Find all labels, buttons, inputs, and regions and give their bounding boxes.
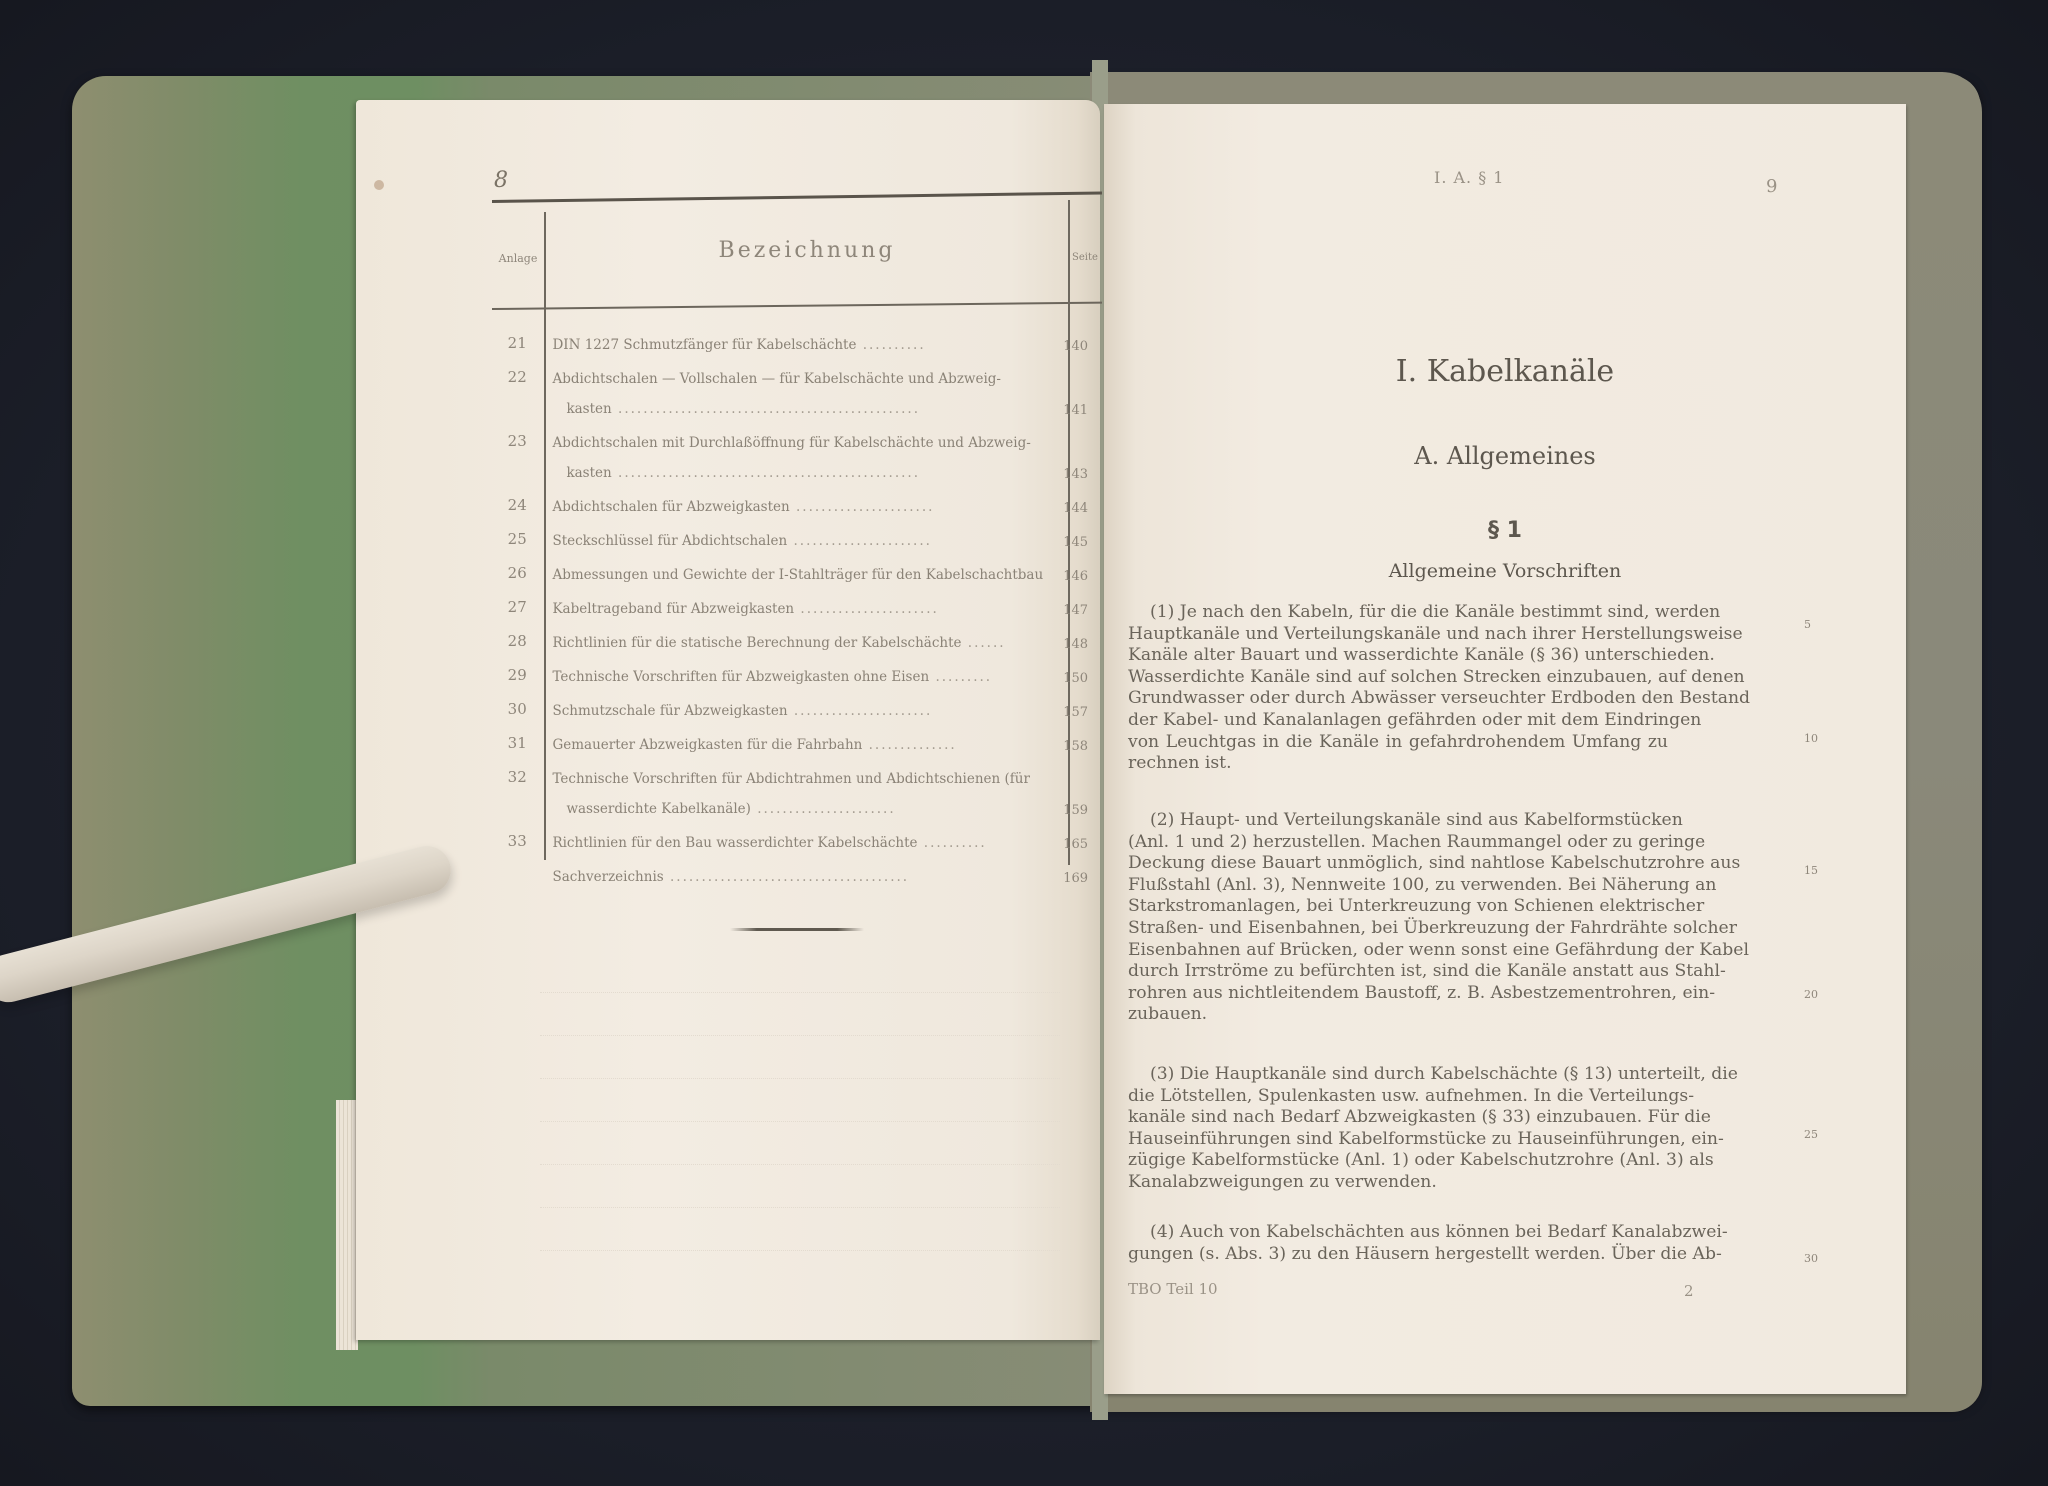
right-page-number: 9: [1766, 176, 1777, 197]
table-row: 25 Steckschlüssel für Abdichtschalen ...…: [492, 526, 1102, 556]
body-paragraph-4: (4) Auch von Kabelschächten aus können b…: [1128, 1222, 1668, 1265]
paragraph-sign: § 1: [1104, 518, 1906, 543]
line-number: 20: [1804, 988, 1818, 1001]
bleed-through-text: [540, 950, 1060, 1251]
table-row: 33 Richtlinien für den Bau wasserdichter…: [492, 828, 1102, 858]
column-header-bezeichnung: Bezeichnung: [546, 238, 1068, 263]
table-row: Sachverzeichnis ........................…: [492, 862, 1102, 892]
table-row: 32 Technische Vorschriften für Abdichtra…: [492, 764, 1102, 824]
line-number: 25: [1804, 1128, 1818, 1141]
left-page-number: 8: [494, 168, 508, 193]
table-row: 21 DIN 1227 Schmutzfänger für Kabelschäc…: [492, 330, 1102, 360]
column-header-seite: Seite: [1072, 252, 1098, 263]
table-row: 31 Gemauerter Abzweigkasten für die Fahr…: [492, 730, 1102, 760]
table-row: 29 Technische Vorschriften für Abzweigka…: [492, 662, 1102, 692]
table-row: 26 Abmessungen und Gewichte der I-Stahlt…: [492, 560, 1102, 590]
table-body: 21 DIN 1227 Schmutzfänger für Kabelschäc…: [492, 330, 1102, 896]
paper-spot: [374, 180, 384, 190]
line-number: 15: [1804, 864, 1818, 877]
end-rule: [730, 928, 864, 931]
column-header-anlage: Anlage: [492, 252, 544, 265]
table-row: 22 Abdichtschalen — Vollschalen — für Ka…: [492, 364, 1102, 424]
running-head: I. A. § 1: [1434, 168, 1504, 187]
page-edge-stack: [336, 1100, 358, 1350]
footer-sheet-number: 2: [1684, 1282, 1694, 1300]
line-number: 5: [1804, 618, 1811, 631]
paragraph-title: Allgemeine Vorschriften: [1104, 560, 1906, 582]
table-row: 27 Kabeltrageband für Abzweigkasten ....…: [492, 594, 1102, 624]
body-paragraph-3: (3) Die Hauptkanäle sind durch Kabelschä…: [1128, 1064, 1668, 1194]
body-paragraph-1: (1) Je nach den Kabeln, für die die Kanä…: [1128, 602, 1668, 775]
table-row: 30 Schmutzschale für Abzweigkasten .....…: [492, 696, 1102, 726]
table-row: 23 Abdichtschalen mit Durchlaßöffnung fü…: [492, 428, 1102, 488]
line-number: 10: [1804, 732, 1818, 745]
body-paragraph-2: (2) Haupt- und Verteilungskanäle sind au…: [1128, 810, 1668, 1026]
line-number: 30: [1804, 1252, 1818, 1265]
table-row: 28 Richtlinien für die statische Berechn…: [492, 628, 1102, 658]
section-title: A. Allgemeines: [1104, 442, 1906, 470]
chapter-title: I. Kabelkanäle: [1104, 354, 1906, 389]
footer-signature: TBO Teil 10: [1128, 1280, 1218, 1298]
table-row: 24 Abdichtschalen für Abzweigkasten ....…: [492, 492, 1102, 522]
